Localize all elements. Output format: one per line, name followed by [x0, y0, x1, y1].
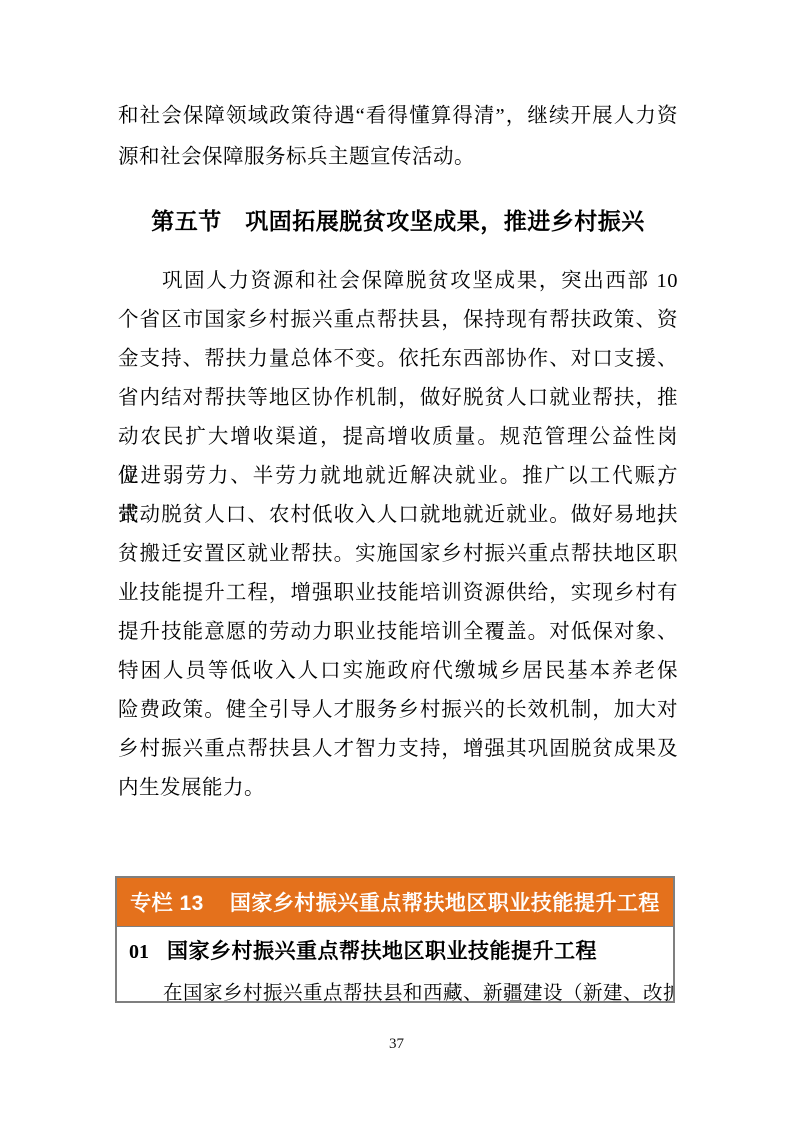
text-line: 和社会保障领域政策待遇“看得懂算得清”，继续开展人力资 [118, 96, 678, 137]
text-line: 源和社会保障服务标兵主题宣传活动。 [118, 137, 678, 178]
text-line: 金支持、帮扶力量总体不变。依托东西部协作、对口支援、 [118, 340, 678, 379]
panel-header: 专栏 13 国家乡村振兴重点帮扶地区职业技能提升工程 [117, 878, 673, 927]
text-line: 险费政策。健全引导人才服务乡村振兴的长效机制，加大对 [118, 691, 678, 730]
text-line: 特困人员等低收入人口实施政府代缴城乡居民基本养老保 [118, 652, 678, 691]
text-line: 带动脱贫人口、农村低收入人口就地就近就业。做好易地扶 [118, 496, 678, 535]
intro-paragraph: 和社会保障领域政策待遇“看得懂算得清”，继续开展人力资 源和社会保障服务标兵主题… [118, 96, 678, 178]
panel-label: 专栏 13 [130, 887, 204, 917]
text-line: 巩固人力资源和社会保障脱贫攻坚成果，突出西部 10 [118, 262, 678, 301]
text-line: 省内结对帮扶等地区协作机制，做好脱贫人口就业帮扶，推 [118, 379, 678, 418]
panel-item-text: 在国家乡村振兴重点帮扶县和西藏、新疆建设（新建、改扩建） [129, 977, 663, 1003]
text-line: 个省区市国家乡村振兴重点帮扶县，保持现有帮扶政策、资 [118, 301, 678, 340]
body-paragraph: 巩固人力资源和社会保障脱贫攻坚成果，突出西部 10 个省区市国家乡村振兴重点帮扶… [118, 262, 678, 808]
panel-title: 国家乡村振兴重点帮扶地区职业技能提升工程 [230, 887, 660, 917]
panel-item-title: 国家乡村振兴重点帮扶地区职业技能提升工程 [167, 935, 597, 965]
text-line: 内生发展能力。 [118, 769, 678, 808]
panel-body: 01 国家乡村振兴重点帮扶地区职业技能提升工程 在国家乡村振兴重点帮扶县和西藏、… [117, 927, 673, 1003]
text-line: 贫搬迁安置区就业帮扶。实施国家乡村振兴重点帮扶地区职 [118, 535, 678, 574]
panel-column-13: 专栏 13 国家乡村振兴重点帮扶地区职业技能提升工程 01 国家乡村振兴重点帮扶… [115, 876, 675, 1003]
text-line: 乡村振兴重点帮扶县人才智力支持，增强其巩固脱贫成果及 [118, 730, 678, 769]
section-heading: 第五节 巩固拓展脱贫攻坚成果，推进乡村振兴 [118, 205, 678, 237]
text-line: 动农民扩大增收渠道，提高增收质量。规范管理公益性岗位， [118, 418, 678, 457]
panel-item-title-row: 01 国家乡村振兴重点帮扶地区职业技能提升工程 [129, 935, 663, 971]
page-number: 37 [0, 1036, 793, 1053]
document-page: 和社会保障领域政策待遇“看得懂算得清”，继续开展人力资 源和社会保障服务标兵主题… [0, 0, 793, 1122]
text-line: 业技能提升工程，增强职业技能培训资源供给，实现乡村有 [118, 574, 678, 613]
text-line: 促进弱劳力、半劳力就地就近解决就业。推广以工代赈方式， [118, 457, 678, 496]
text-line: 提升技能意愿的劳动力职业技能培训全覆盖。对低保对象、 [118, 613, 678, 652]
panel-item-number: 01 [129, 941, 149, 964]
